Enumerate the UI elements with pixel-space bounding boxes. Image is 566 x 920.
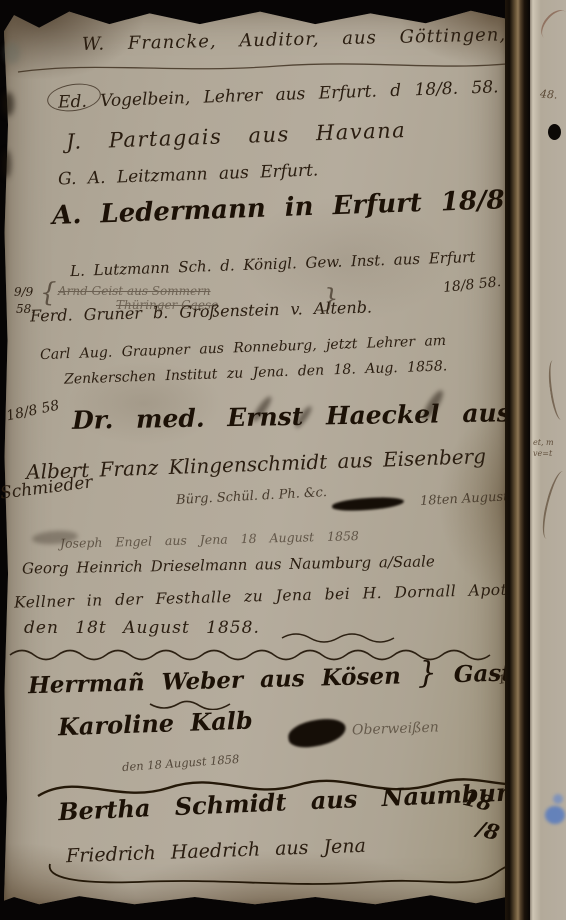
book-gutter	[505, 0, 530, 920]
edge-stain	[4, 42, 20, 64]
edge-stain	[2, 150, 11, 178]
adjacent-page-fragment: et, m	[533, 438, 554, 447]
entry-kalb: Karoline Kalb	[58, 709, 253, 740]
entry-kalb-suffix: Oberweißen	[352, 720, 439, 737]
flourish-underline	[16, 56, 538, 78]
edge-stain	[2, 92, 14, 116]
scanned-page: W. Francke, Auditor, aus Göttingen, d 18…	[0, 0, 566, 920]
ink-dot	[548, 124, 561, 140]
adjacent-page-edge	[530, 0, 566, 920]
entry-schmidt-date-top: 18	[461, 787, 494, 814]
flourish-bottom	[46, 858, 526, 888]
entry-drieselmann-line3: den 18t August 1858.	[24, 620, 260, 637]
blue-ink-smudge	[553, 794, 563, 804]
flourish-squiggle	[280, 630, 410, 644]
blue-ink-smudge	[545, 806, 565, 824]
brace-flourish: {	[40, 280, 57, 306]
entry-struck-line1: Arnd Geist aus Sommern	[58, 285, 211, 297]
brace-flourish: }	[417, 656, 437, 691]
margin-number: 9/9	[14, 286, 33, 298]
adjacent-page-fragment: ve=t	[533, 449, 552, 458]
adjacent-page-fragment: 48.	[540, 87, 558, 101]
